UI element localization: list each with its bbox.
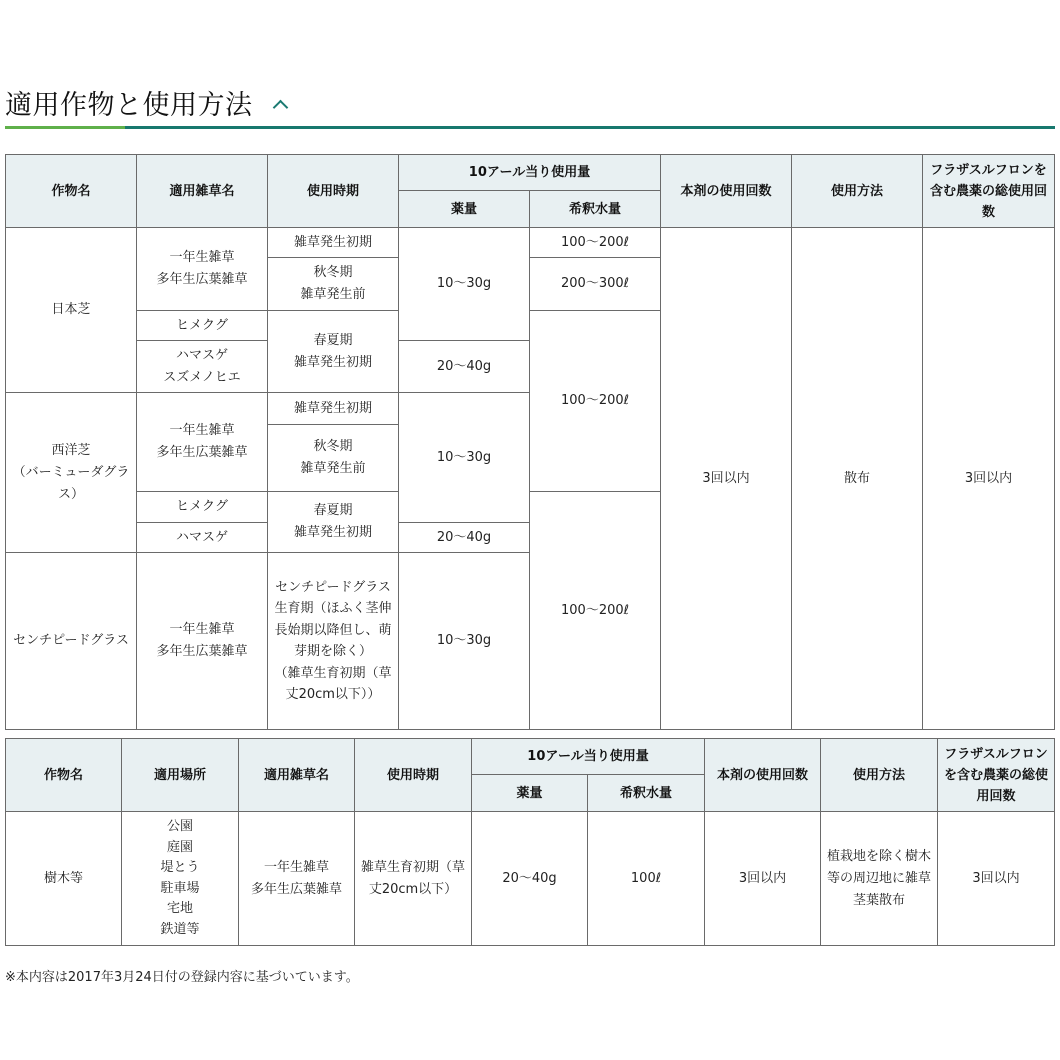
cell-crop: 西洋芝 （バーミューダグラス） — [6, 393, 137, 553]
cell-water: 100～200ℓ — [530, 492, 661, 730]
header-timing: 使用時期 — [355, 739, 472, 812]
cell-timing: 雑草生育初期（草丈20cm以下） — [355, 812, 472, 946]
application-table-turf: 作物名 適用雑草名 使用時期 10アール当り使用量 本剤の使用回数 使用方法 フ… — [5, 154, 1055, 730]
cell-weed: 一年生雑草 多年生広葉雑草 — [239, 812, 355, 946]
cell-water: 100～200ℓ — [530, 311, 661, 492]
cell-timing: 雑草発生初期 — [268, 393, 399, 425]
cell-total: 3回以内 — [923, 228, 1055, 730]
cell-weed: 一年生雑草 多年生広葉雑草 — [137, 228, 268, 311]
cell-place: 公園 庭園 堤とう 駐車場 宅地 鉄道等 — [122, 812, 239, 946]
header-amount-group: 10アール当り使用量 — [472, 739, 705, 775]
header-total: フラザスルフロンを含む農薬の総使用回数 — [938, 739, 1055, 812]
cell-timing: 秋冬期 雑草発生前 — [268, 425, 399, 492]
application-table-trees: 作物名 適用場所 適用雑草名 使用時期 10アール当り使用量 本剤の使用回数 使… — [5, 738, 1055, 946]
cell-weed: ヒメクグ — [137, 311, 268, 341]
cell-dose: 10～30g — [399, 393, 530, 523]
header-method: 使用方法 — [821, 739, 938, 812]
header-count: 本剤の使用回数 — [705, 739, 821, 812]
header-method: 使用方法 — [792, 155, 923, 228]
header-water: 希釈水量 — [588, 775, 705, 812]
cell-water: 100～200ℓ — [530, 228, 661, 258]
header-dose: 薬量 — [399, 191, 530, 228]
cell-water: 100ℓ — [588, 812, 705, 946]
header-place: 適用場所 — [122, 739, 239, 812]
cell-weed: 一年生雑草 多年生広葉雑草 — [137, 393, 268, 492]
cell-dose: 20～40g — [399, 341, 530, 393]
cell-weed: ハマスゲ — [137, 523, 268, 553]
cell-timing: 雑草発生初期 — [268, 228, 399, 258]
header-crop: 作物名 — [6, 739, 122, 812]
cell-water: 200～300ℓ — [530, 258, 661, 311]
cell-timing: 秋冬期 雑草発生前 — [268, 258, 399, 311]
section-title-row[interactable]: 適用作物と使用方法 — [5, 82, 1055, 122]
header-count: 本剤の使用回数 — [661, 155, 792, 228]
header-water: 希釈水量 — [530, 191, 661, 228]
cell-weed: ハマスゲ スズメノヒエ — [137, 341, 268, 393]
cell-weed: 一年生雑草 多年生広葉雑草 — [137, 553, 268, 730]
cell-crop: 日本芝 — [6, 228, 137, 393]
cell-timing: 春夏期 雑草発生初期 — [268, 311, 399, 393]
cell-count: 3回以内 — [705, 812, 821, 946]
header-weed: 適用雑草名 — [239, 739, 355, 812]
cell-method: 植栽地を除く樹木等の周辺地に雑草茎葉散布 — [821, 812, 938, 946]
title-underline — [5, 126, 1055, 129]
cell-count: 3回以内 — [661, 228, 792, 730]
chevron-up-icon[interactable] — [272, 99, 288, 115]
header-amount-group: 10アール当り使用量 — [399, 155, 661, 191]
section-header: 適用作物と使用方法 — [5, 82, 1055, 122]
header-dose: 薬量 — [472, 775, 588, 812]
cell-crop: 樹木等 — [6, 812, 122, 946]
title-underline-accent — [5, 126, 125, 129]
header-crop: 作物名 — [6, 155, 137, 228]
header-total: フラザスルフロンを含む農薬の総使用回数 — [923, 155, 1055, 228]
cell-dose: 10～30g — [399, 228, 530, 341]
cell-dose: 20～40g — [399, 523, 530, 553]
cell-method: 散布 — [792, 228, 923, 730]
header-weed: 適用雑草名 — [137, 155, 268, 228]
cell-timing: 春夏期 雑草発生初期 — [268, 492, 399, 553]
footnote: ※本内容は2017年3月24日付の登録内容に基づいています。 — [5, 966, 359, 985]
section-title: 適用作物と使用方法 — [5, 83, 253, 122]
header-timing: 使用時期 — [268, 155, 399, 228]
cell-total: 3回以内 — [938, 812, 1055, 946]
cell-weed: ヒメクグ — [137, 492, 268, 523]
cell-dose: 10～30g — [399, 553, 530, 730]
cell-timing: センチピードグラス生育期（ほふく茎伸長始期以降但し、萌芽期を除く） （雑草生育初… — [268, 553, 399, 730]
cell-dose: 20～40g — [472, 812, 588, 946]
cell-crop: センチピードグラス — [6, 553, 137, 730]
